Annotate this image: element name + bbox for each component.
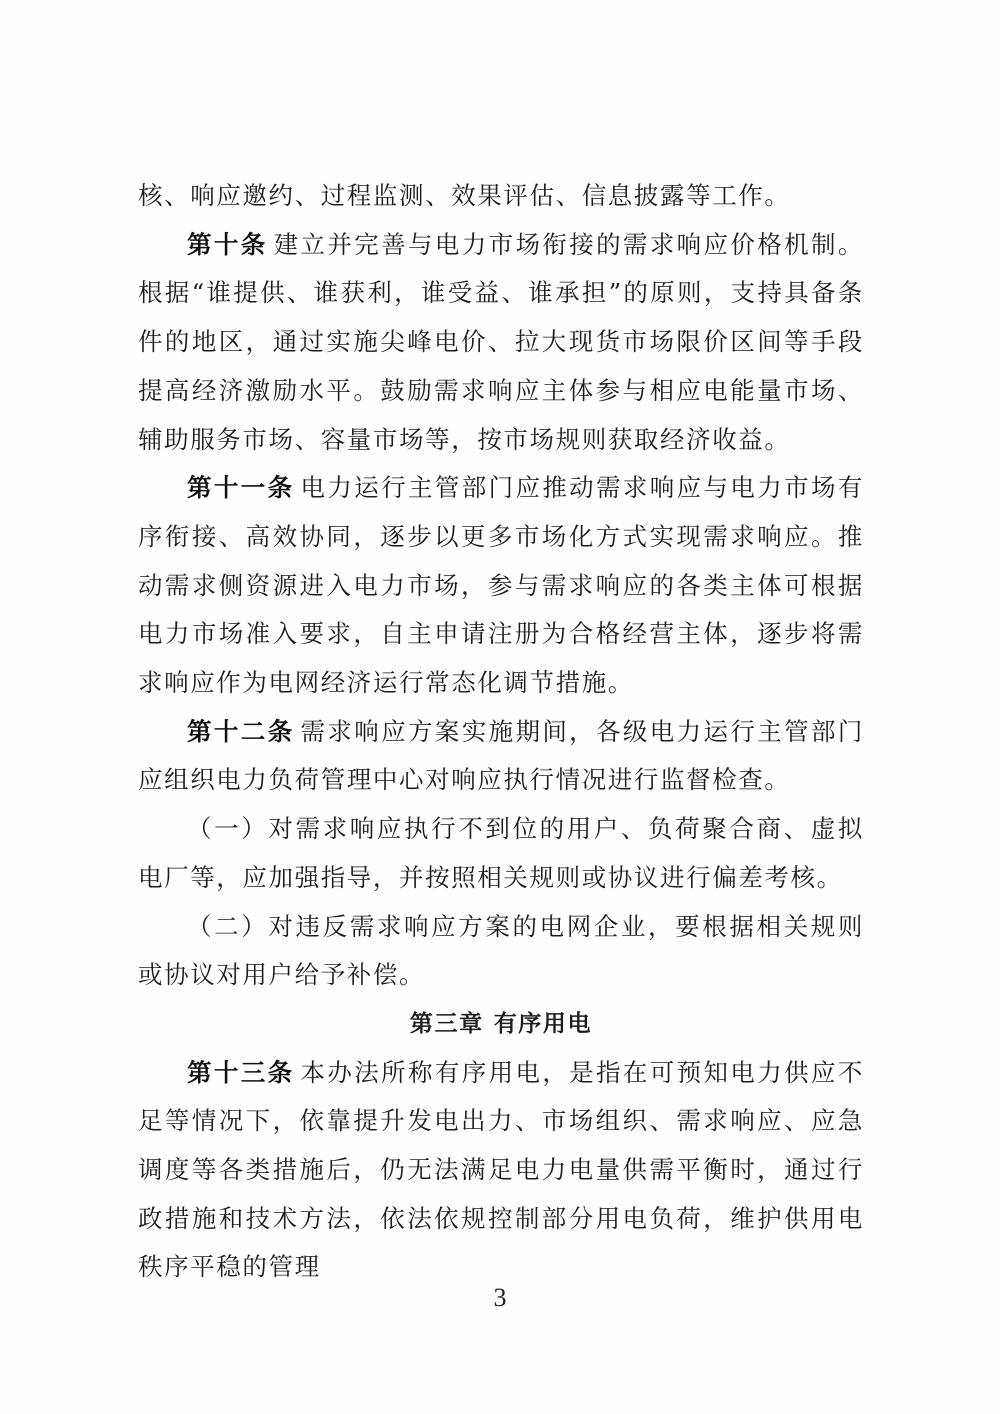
document-body: 核、响应邀约、过程监测、效果评估、信息披露等工作。 第十条建立并完善与电力市场衔… xyxy=(138,172,864,1292)
document-page: 核、响应邀约、过程监测、效果评估、信息披露等工作。 第十条建立并完善与电力市场衔… xyxy=(0,0,1000,1414)
article-text: 建立并完善与电力市场衔接的需求响应价格机制。根据“谁提供、谁获利，谁受益、谁承担… xyxy=(138,230,864,454)
article-label: 第十二条 xyxy=(187,717,294,746)
page-number: 3 xyxy=(0,1283,1000,1313)
item-text: （一）对需求响应执行不到位的用户、负荷聚合商、虚拟电厂等，应加强指导，并按照相关… xyxy=(138,814,864,892)
article-text: 电力运行主管部门应推动需求响应与电力市场有序衔接、高效协同，逐步以更多市场化方式… xyxy=(138,473,864,697)
article-label: 第十一条 xyxy=(187,473,294,502)
article-label: 第十三条 xyxy=(187,1058,294,1087)
article-text: 本办法所称有序用电，是指在可预知电力供应不足等情况下，依靠提升发电出力、市场组织… xyxy=(138,1058,864,1282)
article-11: 第十一条电力运行主管部门应推动需求响应与电力市场有序衔接、高效协同，逐步以更多市… xyxy=(138,464,864,708)
paragraph-text: 核、响应邀约、过程监测、效果评估、信息披露等工作。 xyxy=(138,181,791,210)
article-10: 第十条建立并完善与电力市场衔接的需求响应价格机制。根据“谁提供、谁获利，谁受益、… xyxy=(138,221,864,465)
article-label: 第十条 xyxy=(187,230,268,259)
article-12: 第十二条需求响应方案实施期间，各级电力运行主管部门应组织电力负荷管理中心对响应执… xyxy=(138,708,864,805)
chapter-title: 有序用电 xyxy=(494,1011,592,1037)
list-item-1: （一）对需求响应执行不到位的用户、负荷聚合商、虚拟电厂等，应加强指导，并按照相关… xyxy=(138,805,864,902)
paragraph-continuation: 核、响应邀约、过程监测、效果评估、信息披露等工作。 xyxy=(138,172,864,221)
chapter-number: 第三章 xyxy=(410,1011,484,1037)
list-item-2: （二）对违反需求响应方案的电网企业，要根据相关规则或协议对用户给予补偿。 xyxy=(138,903,864,1000)
article-13: 第十三条本办法所称有序用电，是指在可预知电力供应不足等情况下，依靠提升发电出力、… xyxy=(138,1049,864,1293)
chapter-heading: 第三章有序用电 xyxy=(138,1000,864,1049)
item-text: （二）对违反需求响应方案的电网企业，要根据相关规则或协议对用户给予补偿。 xyxy=(138,912,864,990)
